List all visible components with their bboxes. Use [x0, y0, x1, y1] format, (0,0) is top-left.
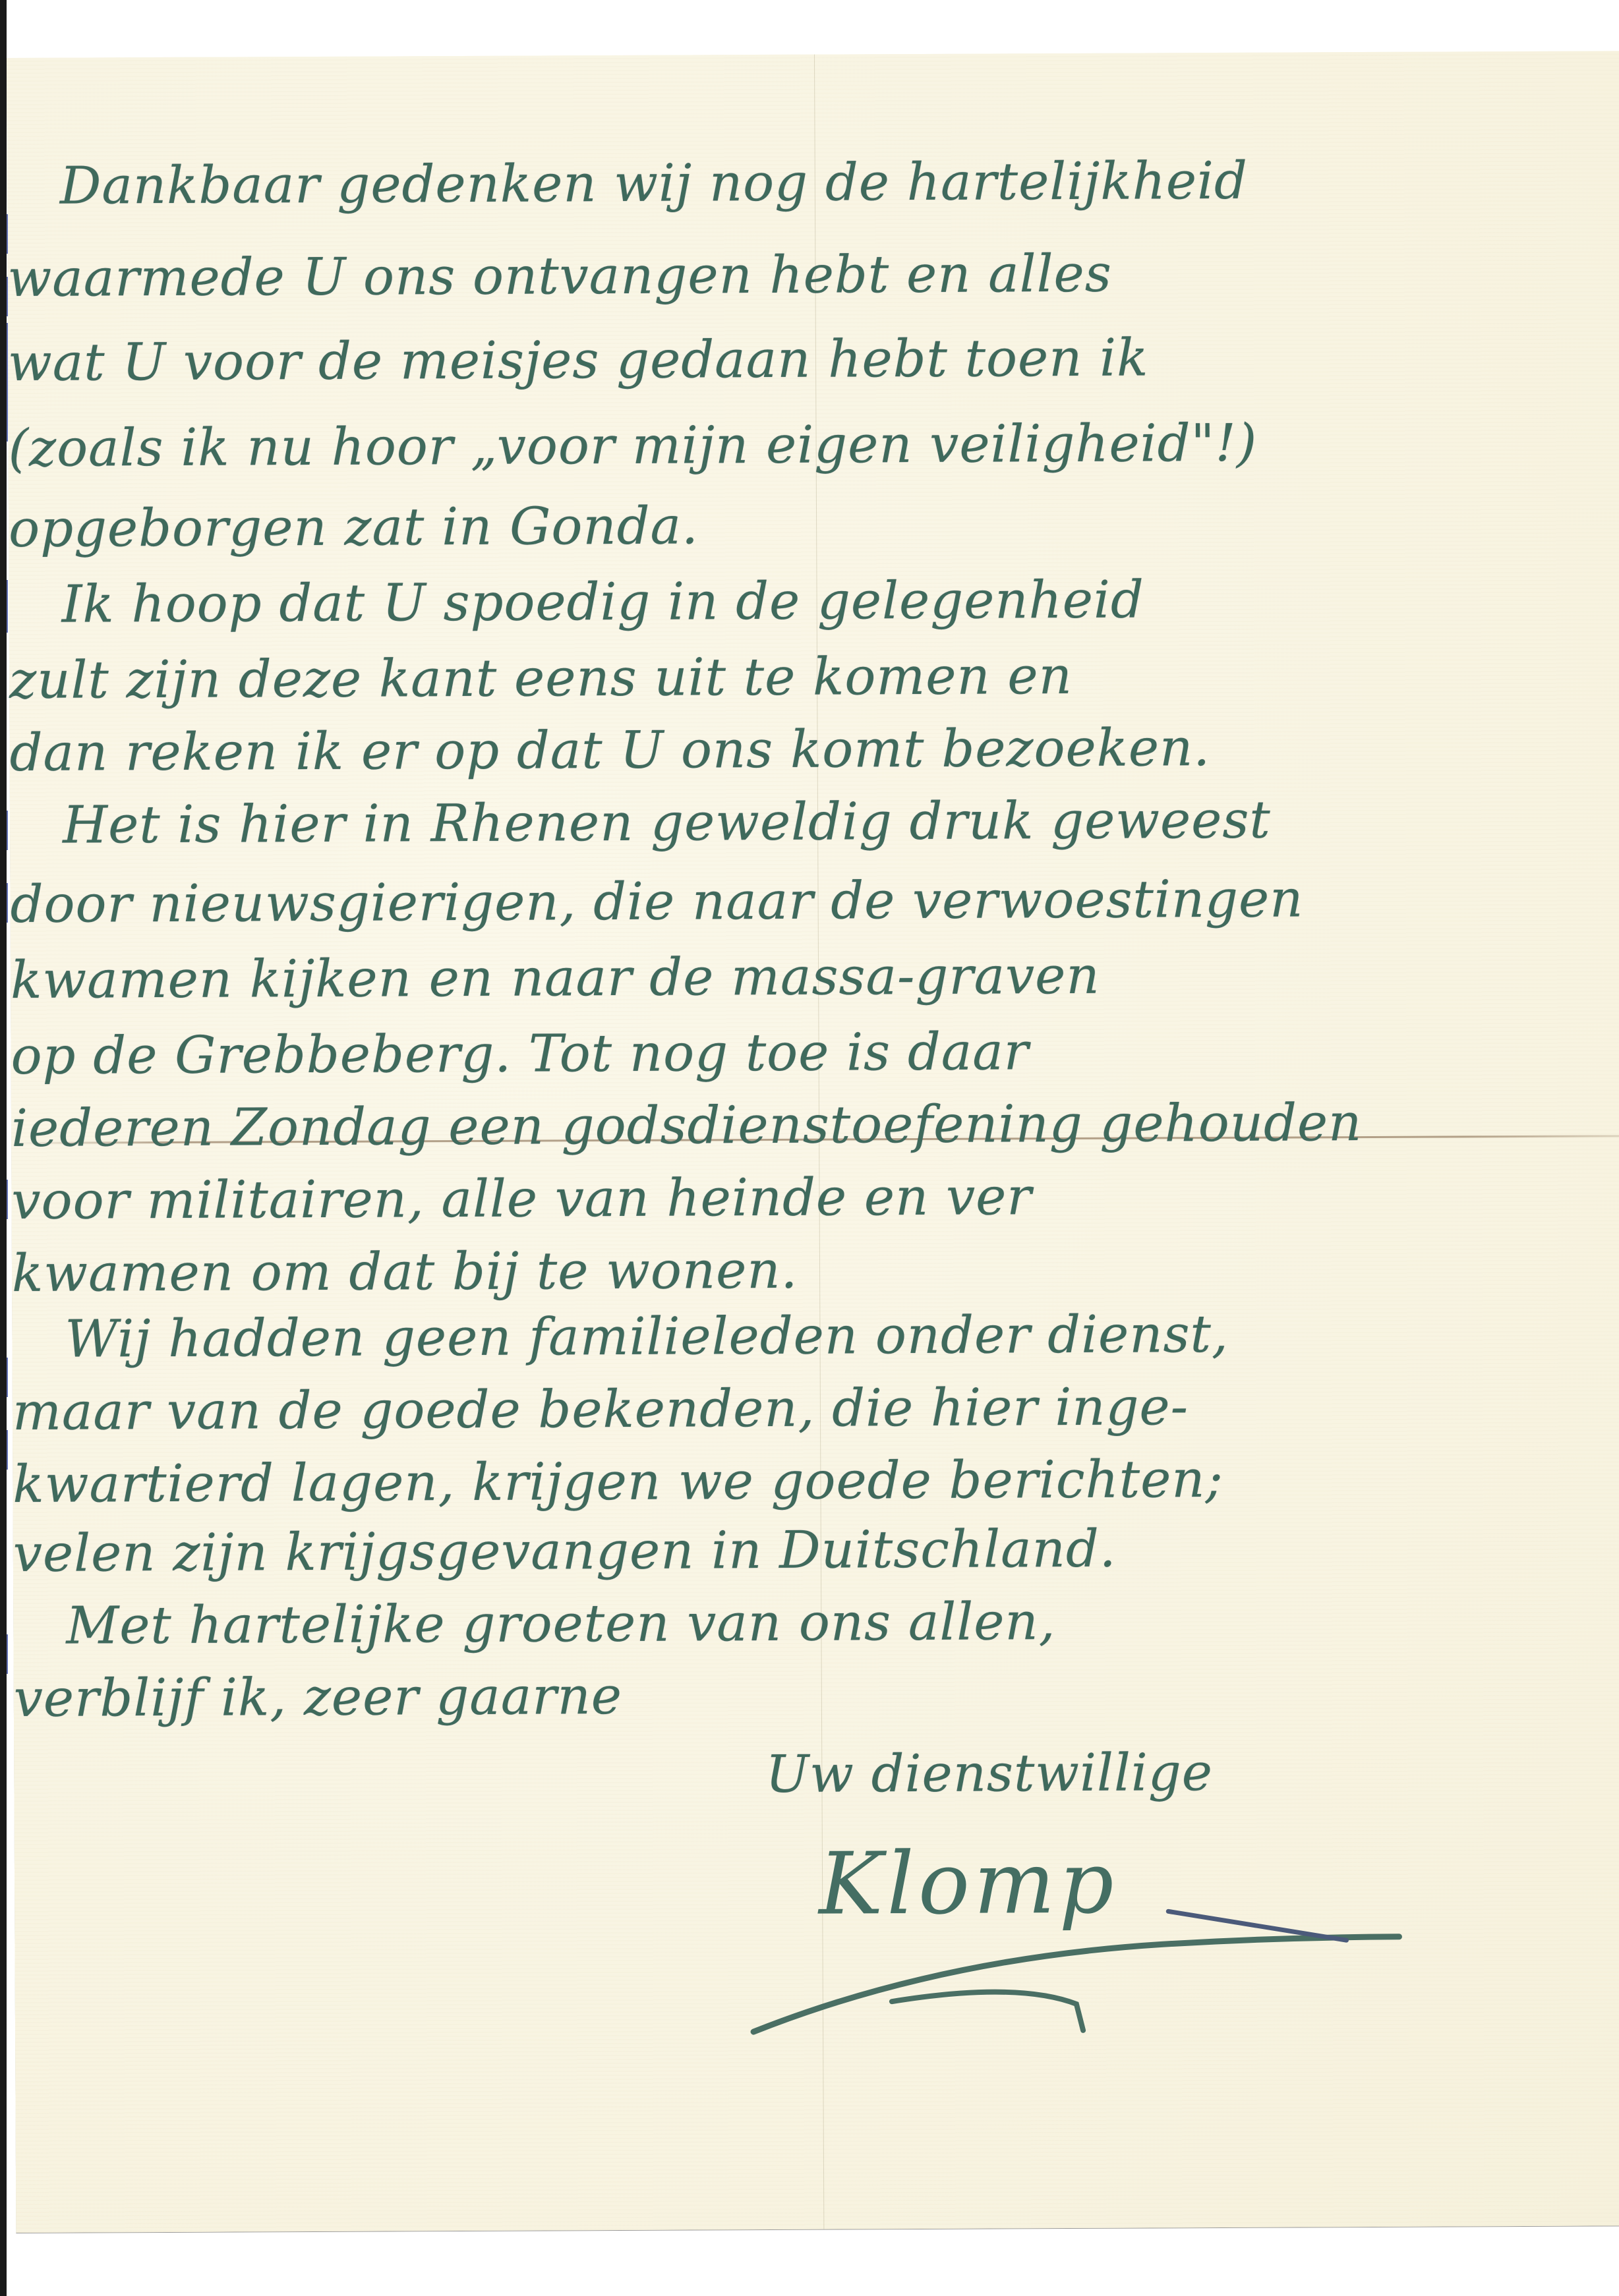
letter-line: waarmede U ons ontvangen hebt en alles [7, 244, 1112, 308]
letter-line: zult zijn deze kant eens uit te komen en [9, 646, 1073, 710]
signature-flourish [740, 1831, 1465, 2045]
letter-line: maar van de goede bekenden, die hier ing… [13, 1377, 1189, 1442]
signature: Klomp [740, 1831, 1465, 2045]
letter-line: Met hartelijke groeten van ons allen, [66, 1592, 1055, 1656]
letter-line: velen zijn krijgsgevangen in Duitschland… [13, 1520, 1117, 1584]
margin-ink-mark [7, 1180, 28, 1219]
margin-ink-mark [7, 811, 28, 850]
letter-line: kwamen om dat bij te wonen. [12, 1241, 798, 1304]
letter-line: Het is hier in Rhenen geweldig druk gewe… [63, 791, 1271, 855]
margin-ink-mark [7, 580, 28, 633]
letter-line: Dankbaar gedenken wij nog de hartelijkhe… [60, 152, 1248, 216]
letter-line: kwartierd lagen, krijgen we goede berich… [13, 1450, 1223, 1514]
letter-line: opgeborgen zat in Gonda. [9, 496, 699, 559]
margin-ink-mark [7, 883, 28, 923]
letter-line: (zoals ik nu hoor „voor mijn eigen veili… [8, 414, 1257, 478]
letter-line: door nieuwsgierigen, die naar de verwoes… [10, 869, 1303, 934]
letter-page: Dankbaar gedenken wij nog de hartelijkhe… [7, 51, 1619, 2233]
letter-line: wat U voor de meisjes gedaan hebt toen i… [8, 328, 1149, 393]
letter-line: voor militairen, alle van heinde en ver [11, 1167, 1032, 1231]
closing-salutation: Uw dienstwillige [765, 1743, 1213, 1804]
scan-edge [0, 0, 7, 2296]
letter-line: Ik hoop dat U spoedig in de gelegenheid [61, 570, 1144, 634]
margin-ink-mark [7, 323, 28, 442]
margin-ink-mark [7, 277, 28, 316]
letter-body: Dankbaar gedenken wij nog de hartelijkhe… [7, 51, 1619, 2233]
letter-line: verblijf ik, zeer gaarne [14, 1667, 622, 1729]
letter-line: op de Grebbeberg. Tot nog toe is daar [11, 1022, 1029, 1086]
margin-ink-mark [7, 1358, 28, 1397]
letter-line: iederen Zondag een godsdienstoefening ge… [11, 1093, 1363, 1159]
margin-ink-mark [7, 214, 28, 254]
margin-ink-mark [7, 1634, 28, 1674]
letter-line: dan reken ik er op dat U ons komt bezoek… [9, 718, 1210, 783]
margin-ink-mark [7, 1430, 28, 1470]
letter-line: Wij hadden geen familieleden onder diens… [65, 1305, 1229, 1369]
letter-line: kwamen kijken en naar de massa-graven [11, 946, 1100, 1010]
